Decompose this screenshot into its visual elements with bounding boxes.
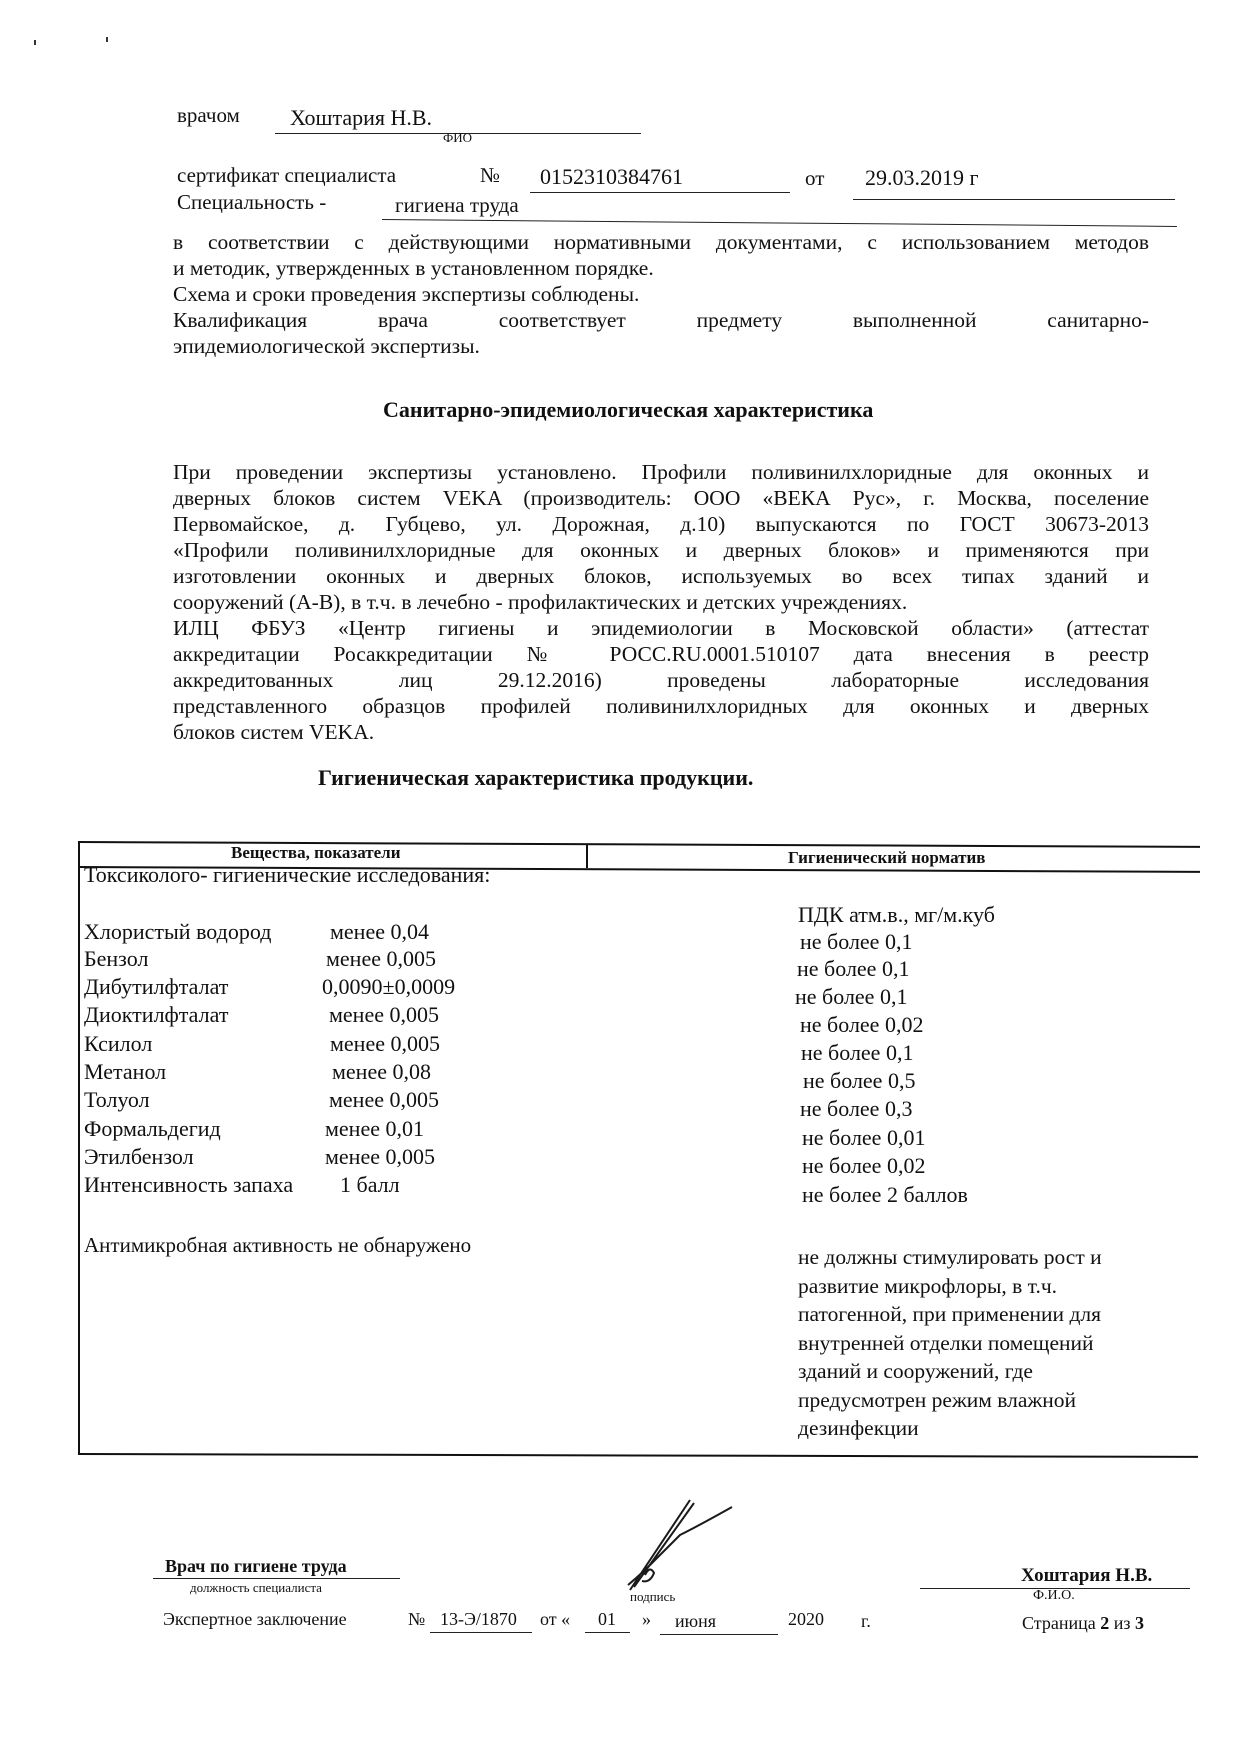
substance-name: Этилбензол bbox=[84, 1144, 194, 1170]
substance-value: менее 0,08 bbox=[332, 1059, 431, 1085]
cert-number: 0152310384761 bbox=[540, 164, 683, 190]
substance-norm: не более 0,02 bbox=[802, 1153, 925, 1179]
substance-norm: не более 2 баллов bbox=[802, 1182, 968, 1208]
position-caption: должность специалиста bbox=[190, 1580, 322, 1596]
substance-name: Ксилол bbox=[84, 1031, 152, 1057]
substance-value: менее 0,04 bbox=[330, 919, 429, 945]
substance-name: Диоктилфталат bbox=[84, 1002, 228, 1028]
specialty-value: гигиена труда bbox=[395, 193, 519, 218]
scan-mark bbox=[106, 37, 108, 42]
substance-value: менее 0,005 bbox=[330, 1031, 440, 1057]
table-header-norm: Гигиенический норматив bbox=[788, 848, 985, 868]
sanitary-paragraph: При проведении экспертизы установлено. П… bbox=[173, 460, 1149, 746]
substance-value: менее 0,01 bbox=[325, 1116, 424, 1142]
section-title-sanitary: Санитарно-эпидемиологическая характерист… bbox=[383, 397, 873, 423]
norm-unit: ПДК атм.в., мг/м.куб bbox=[798, 902, 995, 928]
day-underline bbox=[585, 1632, 630, 1633]
table-header-divider bbox=[586, 844, 588, 868]
substance-norm: не более 0,1 bbox=[797, 956, 909, 982]
page-number: Страница 2 из 3 bbox=[1022, 1613, 1144, 1634]
substance-name: Хлористый водород bbox=[84, 919, 271, 945]
substance-norm: не более 0,01 bbox=[802, 1125, 925, 1151]
conclusion-year: 2020 bbox=[788, 1609, 824, 1630]
substance-norm: не более 0,02 bbox=[800, 1012, 923, 1038]
cert-date: 29.03.2019 г bbox=[865, 165, 979, 191]
conclusion-number: 13-Э/1870 bbox=[440, 1609, 517, 1630]
conclusion-day: 01 bbox=[598, 1609, 616, 1630]
conclusion-no-sign: № bbox=[408, 1609, 425, 1630]
position-underline bbox=[153, 1578, 400, 1579]
substance-norm: не более 0,3 bbox=[800, 1096, 912, 1122]
substance-value: менее 0,005 bbox=[325, 1144, 435, 1170]
table-left-border bbox=[78, 841, 80, 1454]
substance-norm: не более 0,5 bbox=[803, 1068, 915, 1094]
antimicrobial-label: Антимикробная активность не обнаружено bbox=[84, 1233, 471, 1258]
doctor-label: врачом bbox=[177, 103, 240, 128]
cert-date-underline bbox=[853, 199, 1175, 200]
substance-value: менее 0,005 bbox=[326, 946, 436, 972]
substance-name: Дибутилфталат bbox=[84, 974, 228, 1000]
table-bottom-border bbox=[78, 1453, 1198, 1457]
substance-value: 1 балл bbox=[340, 1172, 400, 1198]
substance-norm: не более 0,1 bbox=[795, 984, 907, 1010]
substance-norm: не более 0,1 bbox=[801, 1040, 913, 1066]
substance-name: Толуол bbox=[84, 1087, 150, 1113]
table-header-substances: Вещества, показатели bbox=[231, 843, 401, 863]
substance-value: 0,0090±0,0009 bbox=[322, 974, 455, 1000]
month-underline bbox=[660, 1634, 778, 1635]
substance-name: Бензол bbox=[84, 946, 148, 972]
quote-close: » bbox=[642, 1609, 651, 1630]
substance-value: менее 0,005 bbox=[329, 1087, 439, 1113]
substance-name: Метанол bbox=[84, 1059, 166, 1085]
signer-name: Хоштария Н.В. bbox=[1021, 1565, 1152, 1587]
substance-name: Интенсивность запаха bbox=[84, 1172, 293, 1198]
signature-caption: подпись bbox=[630, 1589, 675, 1605]
conclusion-month: июня bbox=[675, 1611, 716, 1632]
year-suffix: г. bbox=[861, 1611, 871, 1632]
scan-mark bbox=[34, 40, 36, 45]
cert-label: сертификат специалиста bbox=[177, 163, 396, 188]
intro-paragraph: в соответствии с действующими нормативны… bbox=[173, 229, 1149, 359]
fio-caption: ФИО bbox=[443, 130, 472, 146]
signer-name-caption: Ф.И.О. bbox=[1033, 1588, 1075, 1604]
cert-no-sign: № bbox=[480, 163, 500, 188]
substance-norm: не более 0,1 bbox=[800, 929, 912, 955]
doctor-name: Хоштария Н.В. bbox=[290, 105, 432, 131]
conclusion-label: Экспертное заключение bbox=[163, 1609, 347, 1630]
signature-image bbox=[620, 1495, 750, 1595]
cert-number-underline bbox=[530, 192, 790, 193]
substance-name: Формальдегид bbox=[84, 1116, 221, 1142]
antimicrobial-norm: не должны стимулировать рост и развитие … bbox=[798, 1243, 1102, 1443]
cert-from: от bbox=[805, 166, 824, 191]
substance-value: менее 0,005 bbox=[329, 1002, 439, 1028]
section-title-hygienic: Гигиеническая характеристика продукции. bbox=[318, 765, 753, 791]
table-group-title: Токсиколого- гигиенические исследования: bbox=[84, 862, 490, 888]
conclusion-number-underline bbox=[430, 1632, 532, 1633]
position-title: Врач по гигиене труда bbox=[165, 1556, 347, 1577]
from-label: от « bbox=[540, 1609, 570, 1630]
specialty-label: Специальность - bbox=[177, 190, 326, 215]
specialty-underline bbox=[382, 219, 1177, 227]
